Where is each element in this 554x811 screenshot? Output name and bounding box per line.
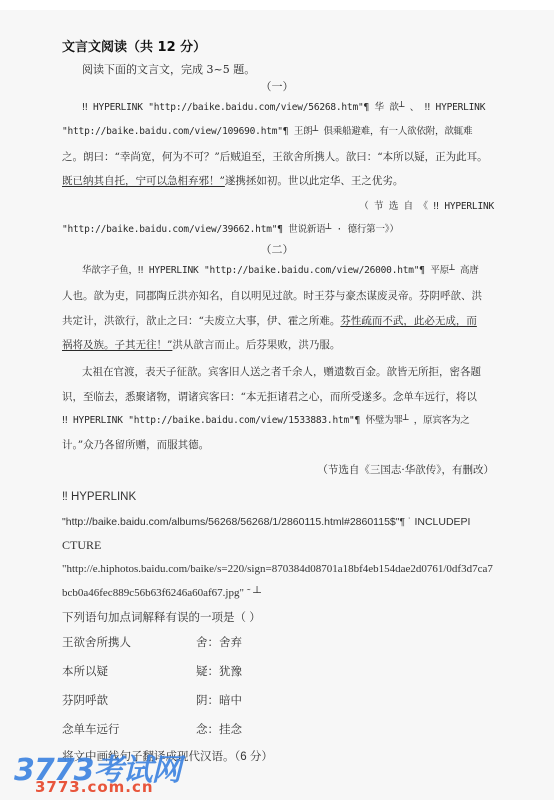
passage1-source: （ 节 选 自 《 ‼ HYPERLINK [359, 200, 494, 214]
passage1-source: "http://baike.baidu.com/view/39662.htm"¶… [62, 223, 399, 237]
option-sentence: 本所以疑 [62, 665, 108, 679]
passage2-line: 识，至临去，悉聚诸物，谓诸宾客曰：“本无拒诸君之心，而所受遂多。念单车远行，将以 [62, 390, 477, 404]
passage1-heading: （一） [0, 80, 554, 94]
passage2-line: 太祖在官渡，表天子征歆。宾客旧人送之者千余人，赠遗数百金。歆皆无所拒，密各题 [82, 365, 481, 379]
passage1-line: ‼ HYPERLINK "http://baike.baidu.com/view… [82, 101, 485, 115]
field-code-hyperlink: ‼ HYPERLINK [62, 490, 136, 504]
passage2-line: ‼ HYPERLINK "http://baike.baidu.com/view… [62, 414, 470, 428]
passage2-heading: （二） [0, 243, 554, 257]
option-sentence: 念单车远行 [62, 723, 120, 737]
passage1-line: 之。朗曰：“幸尚宽，何为不可？”后贼追至，王欲舍所携人。歆曰：“本所以疑，正为此… [62, 150, 488, 164]
passage2-source: （节选自《三国志·华歆传》，有删改） [317, 463, 494, 477]
option-gloss: 阴：暗中 [196, 694, 242, 708]
option-gloss: 念：挂念 [196, 723, 242, 737]
option-sentence: 芬阴呼歆 [62, 694, 108, 708]
underlined-sentence: 祸将及族。子其无往！” [62, 339, 172, 351]
passage2-line: 华歆字子鱼，‼ HYPERLINK "http://baike.baidu.co… [82, 264, 479, 278]
passage2-line: 祸将及族。子其无往！”洪从歆言而止。后芬果败，洪乃服。 [62, 338, 340, 352]
underlined-sentence: 芬性疏而不武，此必无成，而 [340, 315, 477, 327]
field-code-url: "http://e.hiphotos.baidu.com/baike/s=220… [62, 562, 493, 576]
field-code-url: bcb0a46fec889c56b63f6246a60af67.jpg" ˜ ┴ [62, 586, 261, 600]
instruction: 阅读下面的文言文，完成 3~5 题。 [82, 63, 255, 77]
passage2-line: 共定计，洪欲行，歆止之曰：“夫废立大事，伊、霍之所难。芬性疏而不武，此必无成，而 [62, 314, 477, 328]
underlined-sentence: 既已纳其自托，宁可以急相弃邪！” [62, 175, 225, 187]
passage1-line: 既已纳其自托，宁可以急相弃邪！”遂携拯如初。世以此定华、王之优劣。 [62, 174, 403, 188]
passage2-line: 人也。歆为吏，同郡陶丘洪亦知名，自以明见过歆。时王芬与豪杰谋废灵帝。芬阴呼歆、洪 [62, 289, 482, 303]
option-gloss: 疑：犹豫 [196, 665, 242, 679]
option-sentence: 王欲舍所携人 [62, 636, 131, 650]
question3-prompt: 下列语句加点词解释有误的一项是（ ） [62, 611, 261, 625]
watermark-domain: 3773.com.cn [35, 778, 154, 796]
field-code-url: "http://baike.baidu.com/albums/56268/562… [62, 515, 470, 529]
field-code-url: CTURE [62, 538, 101, 552]
passage1-line: "http://baike.baidu.com/view/109690.htm"… [62, 125, 472, 139]
passage2-line: 计。”众乃各留所赠，而服其德。 [62, 438, 209, 452]
option-gloss: 舍：舍弃 [196, 636, 242, 650]
section-title: 文言文阅读（共 12 分） [62, 41, 206, 55]
